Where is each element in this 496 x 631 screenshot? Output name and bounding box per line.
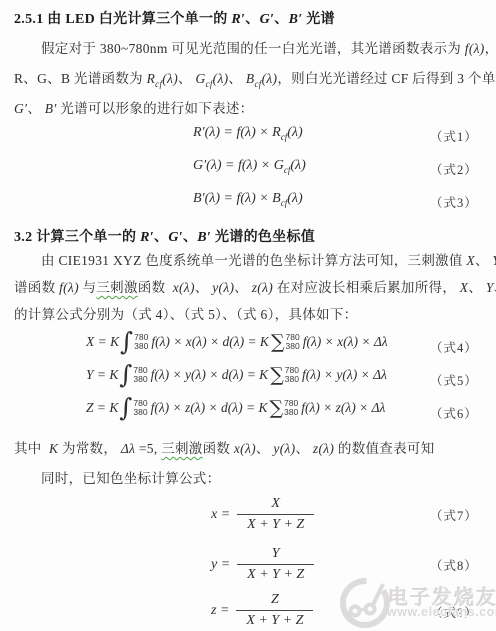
equation-mid: f(λ) × x(λ) × d(λ) = K	[151, 334, 269, 350]
integral-limits: 780380	[133, 366, 147, 384]
equation-1: R′(λ) = f(λ) × Rcf(λ)	[193, 125, 303, 142]
fraction-numerator: Z	[236, 592, 313, 610]
equation-rhs: f(λ) × x(λ) × Δλ	[303, 334, 388, 350]
fraction-numerator: X	[237, 496, 314, 514]
document-page: 2.5.1 由 LED 白光计算三个单一的 R′、G′、B′ 光谱 假定对于 3…	[0, 0, 496, 631]
equation-mid: f(λ) × z(λ) × d(λ) = K	[151, 400, 268, 416]
paragraph-2-line-3: 的计算公式分别为（式 4）、（式 5）、（式 6），具体如下：	[14, 303, 357, 323]
equation-tag-5: （式5）	[430, 371, 478, 389]
fraction: YX + Y + Z	[237, 546, 314, 583]
paragraph-1-line-3: G′、 B′ 光谱可以形象的进行如下表述：	[14, 97, 253, 117]
fraction: ZX + Y + Z	[236, 592, 313, 629]
fraction-denominator: X + Y + Z	[236, 610, 313, 629]
section-heading-3-2: 3.2 计算三个单一的 R′、G′、B′ 光谱的色坐标值	[14, 226, 315, 246]
fraction: XX + Y + Z	[237, 496, 314, 533]
equation-tag-2: （式2）	[430, 160, 478, 178]
equation-tag-7: （式7）	[430, 506, 478, 524]
equation-3: B′(λ) = f(λ) × Bcf(λ)	[193, 191, 303, 208]
fraction-denominator: X + Y + Z	[237, 514, 314, 533]
fraction-denominator: X + Y + Z	[237, 564, 314, 583]
equation-5: Y = K∫780380f(λ) × y(λ) × d(λ) = K∑78038…	[86, 364, 387, 386]
paragraph-2-line-1: 由 CIE1931 XYZ 色度系统单一光谱的色坐标计算方法可知，三刺激值 X、…	[14, 249, 496, 269]
integral-limits: 780380	[134, 333, 148, 351]
equation-4: X = K∫780380f(λ) × x(λ) × d(λ) = K∑78038…	[86, 331, 388, 353]
constants-note-line: 其中 K 为常数， Δλ =5, 三刺激函数 x(λ)、 y(λ)、 z(λ) …	[14, 437, 435, 457]
watermark-url: www.elecfans.com	[387, 605, 496, 619]
paragraph-1-line-2: R、G、B 光谱函数为 Rcf(λ)、 Gcf(λ)、 Bcf(λ)，则白光光谱…	[14, 67, 496, 89]
equation-lhs: Y = K	[86, 367, 118, 383]
equation-tag-8: （式8）	[430, 556, 478, 574]
sigma-limits: 780380	[286, 333, 300, 351]
equation-2: G′(λ) = f(λ) × Gcf(λ)	[193, 158, 306, 175]
equation-lhs: y =	[211, 557, 230, 573]
integral-limits: 780380	[133, 399, 147, 417]
paragraph-1-line-1: 假定对于 380~780nm 可见光范围的任一白光光谱，其光谱函数表示为 f(λ…	[14, 37, 496, 57]
equation-9: z = ZX + Y + Z	[211, 592, 313, 629]
sigma-sign: ∑	[269, 399, 283, 418]
equation-tag-1: （式1）	[430, 127, 478, 145]
equation-tag-3: （式3）	[430, 193, 478, 211]
equation-mid: f(λ) × y(λ) × d(λ) = K	[151, 367, 269, 383]
integral-sign: ∫	[120, 331, 133, 353]
equation-lhs: X = K	[86, 334, 119, 350]
sigma-limits: 780380	[285, 366, 299, 384]
sigma-sign: ∑	[271, 333, 285, 352]
elecfans-logo-icon	[337, 574, 393, 630]
intro-line: 同时，已知色坐标计算公式：	[14, 467, 220, 487]
fraction-numerator: Y	[237, 546, 314, 564]
integral-sign: ∫	[119, 397, 132, 419]
equation-rhs: f(λ) × y(λ) × Δλ	[302, 367, 387, 383]
sigma-sign: ∑	[270, 366, 284, 385]
equation-lhs: z =	[211, 603, 229, 619]
sigma-limits: 780380	[284, 399, 298, 417]
section-heading-2-5-1: 2.5.1 由 LED 白光计算三个单一的 R′、G′、B′ 光谱	[14, 8, 335, 28]
equation-lhs: Z = K	[86, 400, 118, 416]
equation-tag-4: （式4）	[430, 338, 478, 356]
equation-rhs: f(λ) × z(λ) × Δλ	[301, 400, 385, 416]
integral-sign: ∫	[119, 364, 132, 386]
paragraph-2-line-2: 谱函数 f(λ) 与三刺激函数 x(λ)、 y(λ)、 z(λ) 在对应波长相乘…	[14, 276, 496, 296]
equation-6: Z = K∫780380f(λ) × z(λ) × d(λ) = K∑78038…	[86, 397, 385, 419]
equation-tag-6: （式6）	[430, 404, 478, 422]
equation-lhs: x =	[211, 507, 230, 523]
equation-8: y = YX + Y + Z	[211, 546, 314, 583]
equation-7: x = XX + Y + Z	[211, 496, 314, 533]
